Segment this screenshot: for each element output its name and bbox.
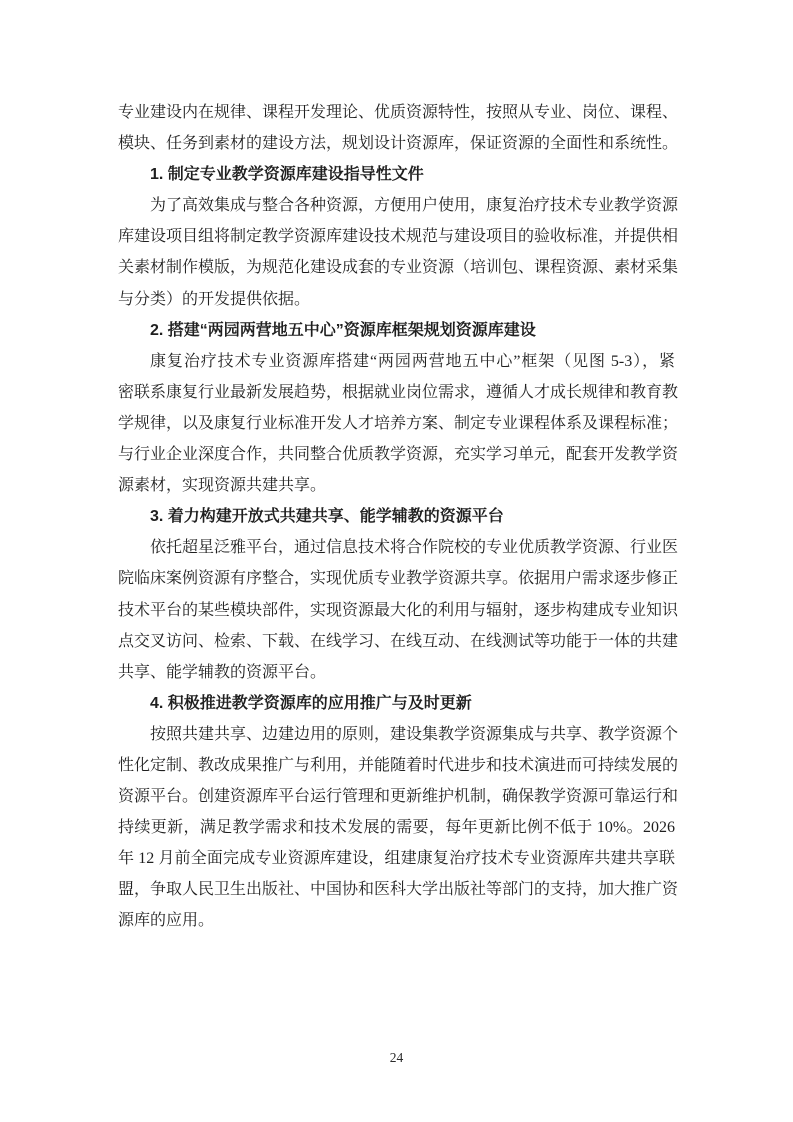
text-line: 盟，争取人民卫生出版社、中国协和医科大学出版社等部门的支持，加大推广资 <box>118 874 675 905</box>
text-line: 模块、任务到素材的建设方法，规划设计资源库，保证资源的全面性和系统性。 <box>118 128 675 159</box>
text-line: 密联系康复行业最新发展趋势，根据就业岗位需求，遵循人才成长规律和教育教 <box>118 377 675 408</box>
page-number: 24 <box>0 1050 793 1066</box>
text-line: 按照共建共享、边建边用的原则，建设集教学资源集成与共享、教学资源个 <box>118 719 675 750</box>
section-heading-1: 1. 制定专业教学资源库建设指导性文件 <box>118 159 675 190</box>
text-line: 与行业企业深度合作，共同整合优质教学资源，充实学习单元，配套开发教学资 <box>118 439 675 470</box>
text-line: 学规律，以及康复行业标准开发人才培养方案、制定专业课程体系及课程标准； <box>118 408 675 439</box>
text-line: 康复治疗技术专业资源库搭建“两园两营地五中心”框架（见图 5-3），紧 <box>118 346 675 377</box>
text-line: 院临床案例资源有序整合，实现优质专业教学资源共享。依据用户需求逐步修正 <box>118 563 675 594</box>
text-line: 性化定制、教改成果推广与利用，并能随着时代进步和技术演进而可持续发展的 <box>118 750 675 781</box>
text-line: 共享、能学辅教的资源平台。 <box>118 657 675 688</box>
text-line: 年 12 月前全面完成专业资源库建设，组建康复治疗技术专业资源库共建共享联 <box>118 843 675 874</box>
text-line: 与分类）的开发提供依据。 <box>118 284 675 315</box>
section-heading-4: 4. 积极推进教学资源库的应用推广与及时更新 <box>118 688 675 719</box>
text-line: 源库的应用。 <box>118 905 675 936</box>
text-line: 关素材制作模版，为规范化建设成套的专业资源（培训包、课程资源、素材采集 <box>118 252 675 283</box>
text-line: 持续更新，满足教学需求和技术发展的需要，每年更新比例不低于 10%。2026 <box>118 812 675 843</box>
document-page: 专业建设内在规律、课程开发理论、优质资源特性，按照从专业、岗位、课程、 模块、任… <box>0 0 793 1122</box>
text-line: 库建设项目组将制定教学资源库建设技术规范与建设项目的验收标准，并提供相 <box>118 221 675 252</box>
text-line: 资源平台。创建资源库平台运行管理和更新维护机制，确保教学资源可靠运行和 <box>118 781 675 812</box>
text-line: 专业建设内在规律、课程开发理论、优质资源特性，按照从专业、岗位、课程、 <box>118 97 675 128</box>
section-heading-2: 2. 搭建“两园两营地五中心”资源库框架规划资源库建设 <box>118 315 675 346</box>
text-line: 源素材，实现资源共建共享。 <box>118 470 675 501</box>
section-heading-3: 3. 着力构建开放式共建共享、能学辅教的资源平台 <box>118 501 675 532</box>
document-body: 专业建设内在规律、课程开发理论、优质资源特性，按照从专业、岗位、课程、 模块、任… <box>118 97 675 937</box>
text-line: 技术平台的某些模块部件，实现资源最大化的利用与辐射，逐步构建成专业知识 <box>118 595 675 626</box>
text-line: 点交叉访问、检索、下载、在线学习、在线互动、在线测试等功能于一体的共建 <box>118 626 675 657</box>
text-line: 为了高效集成与整合各种资源，方便用户使用，康复治疗技术专业教学资源 <box>118 190 675 221</box>
text-line: 依托超星泛雅平台，通过信息技术将合作院校的专业优质教学资源、行业医 <box>118 532 675 563</box>
